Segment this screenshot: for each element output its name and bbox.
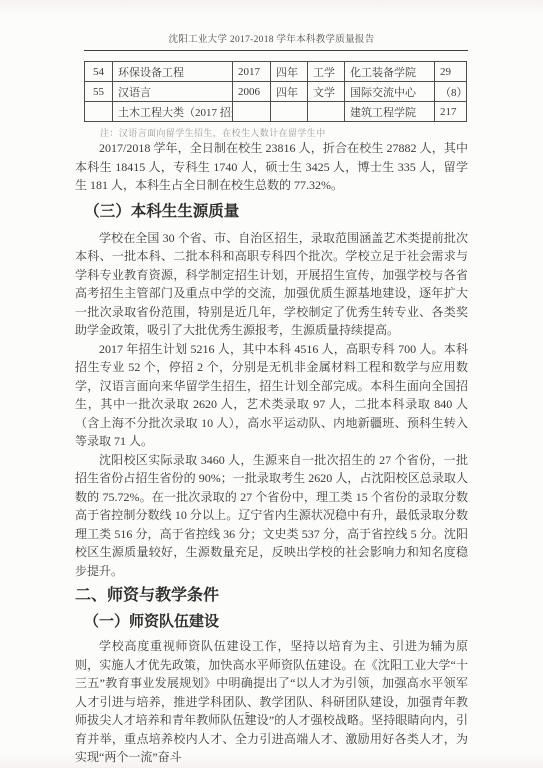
running-head: 沈阳工业大学 2017-2018 学年本科教学质量报告: [0, 31, 543, 45]
cell-year: 2017: [233, 62, 271, 82]
cell-duration: 四年: [271, 82, 308, 102]
cell-degree: 文学: [308, 82, 345, 102]
cell-count: 29: [435, 62, 467, 82]
cell-seq: 55: [85, 82, 113, 102]
cell-degree: 工学: [308, 62, 345, 82]
table-note: 注：汉语言面向留学生招生，在校生人数计在留学生中: [100, 126, 326, 139]
paragraph-shenyang-campus: 沈阳校区实际录取 3460 人，生源来自一批次招生的 27 个省份，一批招生省份…: [75, 451, 468, 581]
header-rule: [84, 50, 468, 51]
table-row: 54 环保设备工程 2017 四年 工学 化工装备学院 29: [85, 62, 467, 82]
cell-college: 化工装备学院: [345, 62, 435, 82]
cell-seq: [85, 102, 113, 122]
table-row: 55 汉语言 2006 四年 文学 国际交流中心 （8）: [85, 82, 467, 102]
heading-source-quality: （三）本科生生源质量: [75, 201, 468, 223]
document-page: 沈阳工业大学 2017-2018 学年本科教学质量报告 54 环保设备工程 20…: [0, 0, 543, 768]
majors-table: 54 环保设备工程 2017 四年 工学 化工装备学院 29 55 汉语言 20…: [84, 61, 467, 122]
cell-count: 217: [435, 102, 467, 122]
paragraph-admission-scope: 学校在全国 30 个省、市、自治区招生，录取范围涵盖艺术类提前批次本科、一批本科…: [75, 229, 468, 340]
cell-major-name: 土木工程大类（2017 招生）: [113, 102, 233, 122]
body-text: 2017/2018 学年，全日制在校生 23816 人，折合在校生 27882 …: [75, 139, 468, 767]
cell-major-name: 环保设备工程: [113, 62, 233, 82]
heading-faculty-conditions: 二、师资与教学条件: [75, 584, 468, 608]
cell-count: （8）: [435, 82, 467, 102]
paragraph-faculty-building: 学校高度重视师资队伍建设工作，坚持以培育为主、引进为辅为原则，实施人才优先政策，…: [75, 637, 468, 767]
cell-college: 国际交流中心: [345, 82, 435, 102]
cell-degree: [308, 102, 345, 122]
heading-faculty-team: （一）师资队伍建设: [75, 611, 468, 633]
paragraph-enrollment: 2017/2018 学年，全日制在校生 23816 人，折合在校生 27882 …: [75, 139, 468, 195]
page-number: 5: [0, 711, 495, 722]
cell-duration: 四年: [271, 62, 308, 82]
cell-year: [233, 102, 271, 122]
cell-college: 建筑工程学院: [345, 102, 435, 122]
cell-major-name: 汉语言: [113, 82, 233, 102]
paragraph-admission-plan: 2017 年招生计划 5216 人，其中本科 4516 人，高职专科 700 人…: [75, 340, 468, 451]
cell-year: 2006: [233, 82, 271, 102]
cell-seq: 54: [85, 62, 113, 82]
table-row: 土木工程大类（2017 招生） 建筑工程学院 217: [85, 102, 467, 122]
cell-duration: [271, 102, 308, 122]
